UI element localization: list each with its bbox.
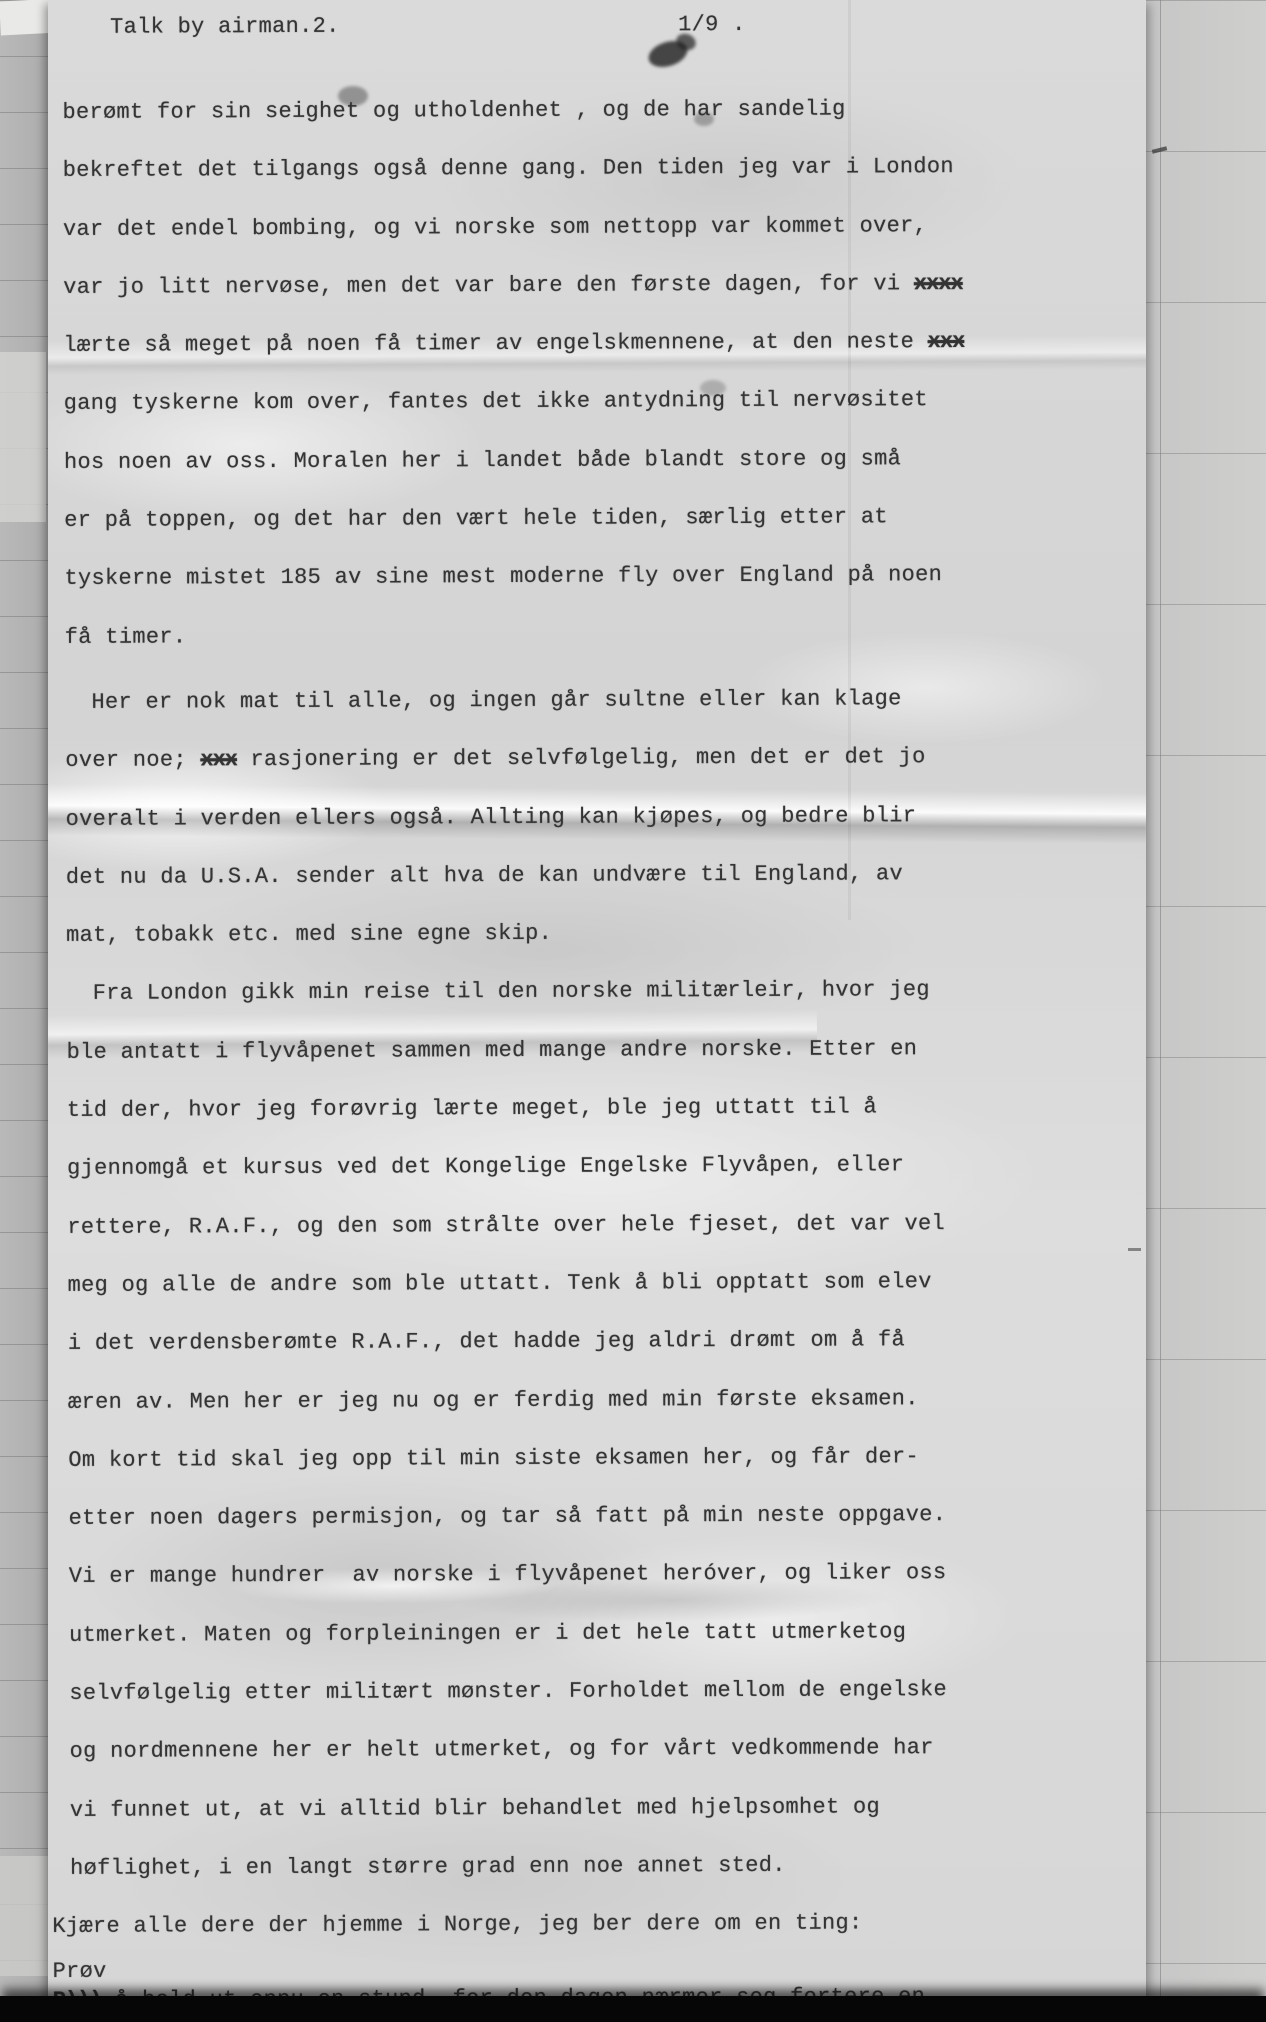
letter-line: Fra London gikk min reise til den norske… bbox=[66, 961, 1116, 1024]
letter-line: høflighet, i en langt større grad enn no… bbox=[70, 1835, 1120, 1898]
letter-line: gjennomgå et kursus ved det Kongelige En… bbox=[67, 1136, 1117, 1199]
pen-mark bbox=[1128, 1248, 1141, 1251]
letter-line: og nordmennene her er helt utmerket, og … bbox=[70, 1719, 1120, 1782]
ink-smudge bbox=[338, 86, 368, 106]
letter-line: overalt i verden ellers også. Allting ka… bbox=[65, 786, 1115, 849]
torn-paper-fragment bbox=[0, 352, 46, 522]
letter-line: Vi er mange hundrer av norske i flyvåpen… bbox=[69, 1544, 1119, 1607]
letter-line: Om kort tid skal jeg opp til min siste e… bbox=[68, 1427, 1118, 1490]
ledger-paper-right-strip bbox=[1144, 0, 1266, 2022]
ink-smudge bbox=[694, 112, 714, 126]
letter-line: i det verdensberømte R.A.F., det hadde j… bbox=[68, 1311, 1118, 1374]
letter-line: æren av. Men her er jeg nu og er ferdig … bbox=[68, 1369, 1118, 1432]
ledger-grid-line bbox=[1160, 0, 1161, 2022]
letter-paragraph: berømt for sin seighet og utholdenhet , … bbox=[62, 79, 1115, 667]
letter-line: ble antatt i flyvåpenet sammen med mange… bbox=[66, 1019, 1116, 1082]
letter-line: var jo litt nervøse, men det var bare de… bbox=[63, 254, 1113, 317]
letter-paragraph: Her er nok mat til alle, og ingen går su… bbox=[65, 669, 1116, 965]
letter-line: utmerket. Maten og forpleiningen er i de… bbox=[69, 1602, 1119, 1665]
letter-line: etter noen dagers permisjon, og tar så f… bbox=[69, 1485, 1119, 1548]
letter-line: bekreftet det tilgangs også denne gang. … bbox=[63, 138, 1113, 201]
letter-line: tyskerne mistet 185 av sine mest moderne… bbox=[64, 546, 1114, 609]
torn-paper-fragment bbox=[0, 1856, 52, 1976]
letter-line: gang tyskerne kom over, fantes det ikke … bbox=[64, 371, 1114, 434]
scanned-letter-page: Talk by airman.2. 1/9 . berømt for sin s… bbox=[0, 0, 1266, 2022]
letter-line: over noe; xxx rasjonering er det selvføl… bbox=[65, 728, 1115, 791]
typewritten-letter: Talk by airman.2. 1/9 . berømt for sin s… bbox=[48, 0, 1121, 2014]
letter-line: mat, tobakk etc. med sine egne skip. bbox=[66, 903, 1116, 966]
letter-line: Prøv bbox=[53, 1952, 1121, 1986]
letter-title: Talk by airman.2. bbox=[110, 7, 340, 48]
letter-line: tid der, hvor jeg forøvrig lærte meget, … bbox=[67, 1077, 1117, 1140]
letter-line: Her er nok mat til alle, og ingen går su… bbox=[65, 669, 1115, 732]
struck-out-typing: xxxx bbox=[914, 271, 963, 296]
letter-line: vi funnet ut, at vi alltid blir behandle… bbox=[70, 1777, 1120, 1840]
letter-line: er på toppen, og det har den vært hele t… bbox=[64, 487, 1114, 550]
letter-line: berømt for sin seighet og utholdenhet , … bbox=[62, 79, 1112, 142]
scan-edge-black-bar bbox=[0, 1996, 1266, 2022]
letter-line: rettere, R.A.F., og den som strålte over… bbox=[67, 1194, 1117, 1257]
letter-header: Talk by airman.2. 1/9 . bbox=[48, 3, 1112, 48]
letter-line: hos noen av oss. Moralen her i landet bå… bbox=[64, 429, 1114, 492]
letter-paragraph: Fra London gikk min reise til den norske… bbox=[66, 961, 1120, 1898]
struck-out-typing: xxx bbox=[200, 747, 237, 772]
letter-line: var det endel bombing, og vi norske som … bbox=[63, 196, 1113, 259]
struck-out-typing: xxx bbox=[928, 329, 965, 354]
ink-smudge bbox=[700, 380, 726, 396]
letter-line: Kjære alle dere der hjemme i Norge, jeg … bbox=[52, 1894, 1120, 1957]
letter-line: meg og alle de andre som ble uttatt. Ten… bbox=[67, 1252, 1117, 1315]
letter-text: berømt for sin seighet og utholdenhet , … bbox=[62, 79, 1120, 2014]
letter-line: lærte så meget på noen få timer av engel… bbox=[63, 313, 1113, 376]
letter-line: det nu da U.S.A. sender alt hva de kan u… bbox=[66, 844, 1116, 907]
letter-line: selvfølgelig etter militært mønster. For… bbox=[69, 1660, 1119, 1723]
letter-line: få timer. bbox=[65, 604, 1115, 667]
